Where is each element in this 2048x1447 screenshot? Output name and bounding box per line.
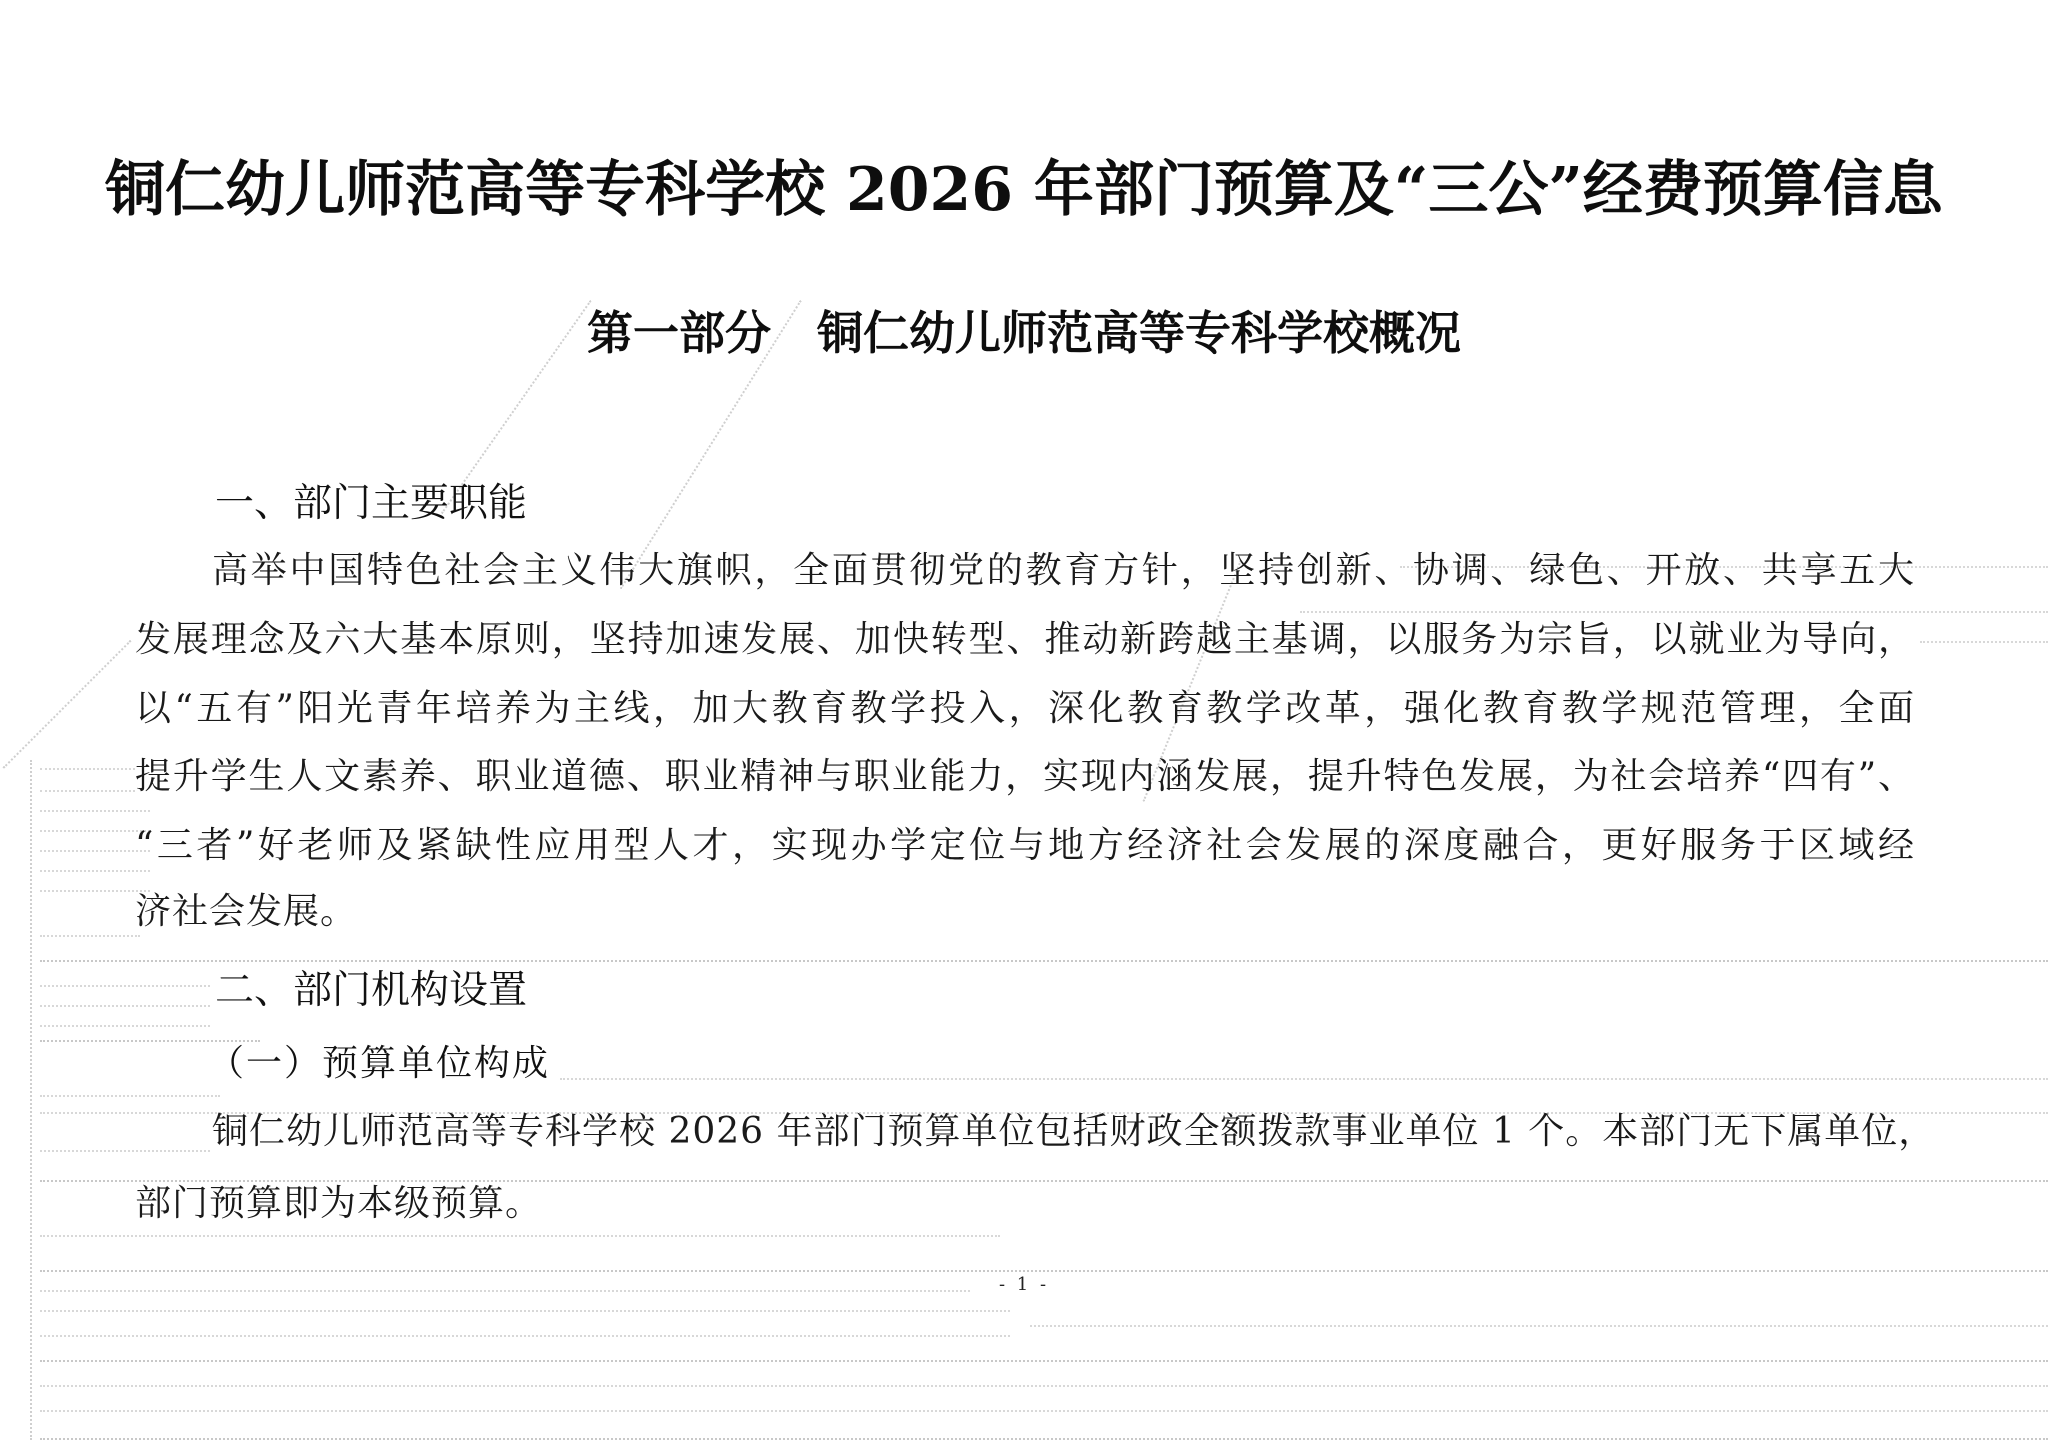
section-heading-org-structure: 二、部门机构设置: [215, 965, 527, 1017]
paragraph-line: 高举中国特色社会主义伟大旗帜，全面贯彻党的教育方针，坚持创新、协调、绿色、开放、…: [212, 546, 1915, 596]
paragraph-line: 发展理念及六大基本原则，坚持加速发展、加快转型、推动新跨越主基调，以服务为宗旨，…: [135, 615, 1915, 665]
subsection-heading-budget-units: （一）预算单位构成: [208, 1039, 550, 1089]
paragraph-line: 以“五有”阳光青年培养为主线，加大教育教学投入，深化教育教学改革，强化教育教学规…: [135, 684, 1915, 734]
part-heading: 第一部分铜仁幼儿师范高等专科学校概况: [0, 302, 2048, 364]
paragraph-line: 铜仁幼儿师范高等专科学校 2026 年部门预算单位包括财政全额拨款事业单位 1 …: [212, 1107, 1915, 1157]
document-title: 铜仁幼儿师范高等专科学校 2026 年部门预算及“三公”经费预算信息: [0, 150, 2048, 230]
part-label: 第一部分: [587, 306, 771, 360]
paragraph-line: 提升学生人文素养、职业道德、职业精神与职业能力，实现内涵发展，提升特色发展，为社…: [135, 752, 1915, 802]
paragraph-line: “三者”好老师及紧缺性应用型人才，实现办学定位与地方经济社会发展的深度融合，更好…: [135, 821, 1915, 871]
part-name: 铜仁幼儿师范高等专科学校概况: [817, 306, 1461, 360]
section-heading-main-functions: 一、部门主要职能: [215, 478, 527, 530]
paragraph-line: 济社会发展。: [135, 887, 1915, 937]
document-page: 铜仁幼儿师范高等专科学校 2026 年部门预算及“三公”经费预算信息 第一部分铜…: [0, 0, 2048, 1447]
paragraph-line: 部门预算即为本级预算。: [135, 1179, 1915, 1229]
page-number: - 1 -: [974, 1274, 1074, 1295]
